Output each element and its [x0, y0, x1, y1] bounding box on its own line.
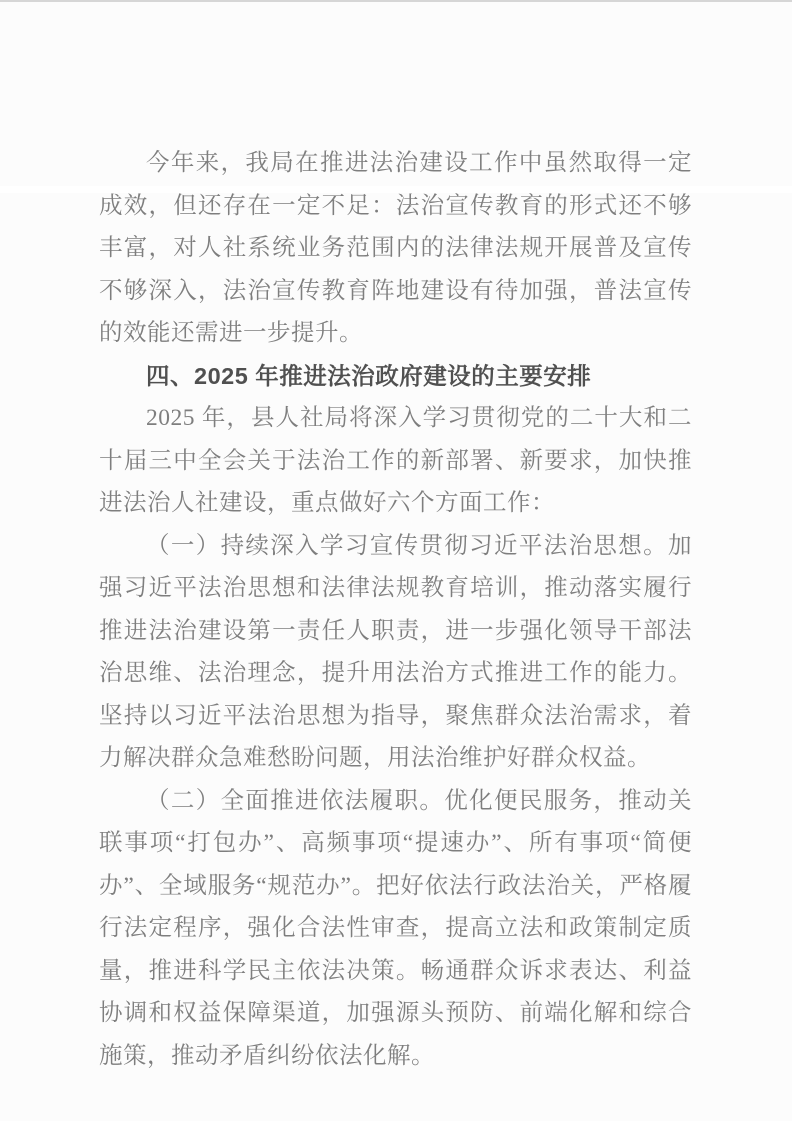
- document-page: 今年来，我局在推进法治建设工作中虽然取得一定成效，但还存在一定不足：法治宣传教育…: [0, 0, 792, 1121]
- paragraph-2025-overview: 2025 年，县人社局将深入学习贯彻党的二十大和二十届三中全会关于法治工作的新部…: [99, 397, 692, 525]
- paragraph-item-one: （一）持续深入学习宣传贯彻习近平法治思想。加强习近平法治思想和法律法规教育培训，…: [99, 525, 692, 780]
- document-content: 今年来，我局在推进法治建设工作中虽然取得一定成效，但还存在一定不足：法治宣传教育…: [99, 142, 692, 1077]
- paragraph-current-shortcomings: 今年来，我局在推进法治建设工作中虽然取得一定成效，但还存在一定不足：法治宣传教育…: [99, 142, 692, 355]
- section-heading-2025-plan: 四、2025 年推进法治政府建设的主要安排: [99, 355, 692, 398]
- paragraph-item-two: （二）全面推进依法履职。优化便民服务，推动关联事项“打包办”、高频事项“提速办”…: [99, 780, 692, 1078]
- scan-edge-artifact: [0, 0, 792, 2]
